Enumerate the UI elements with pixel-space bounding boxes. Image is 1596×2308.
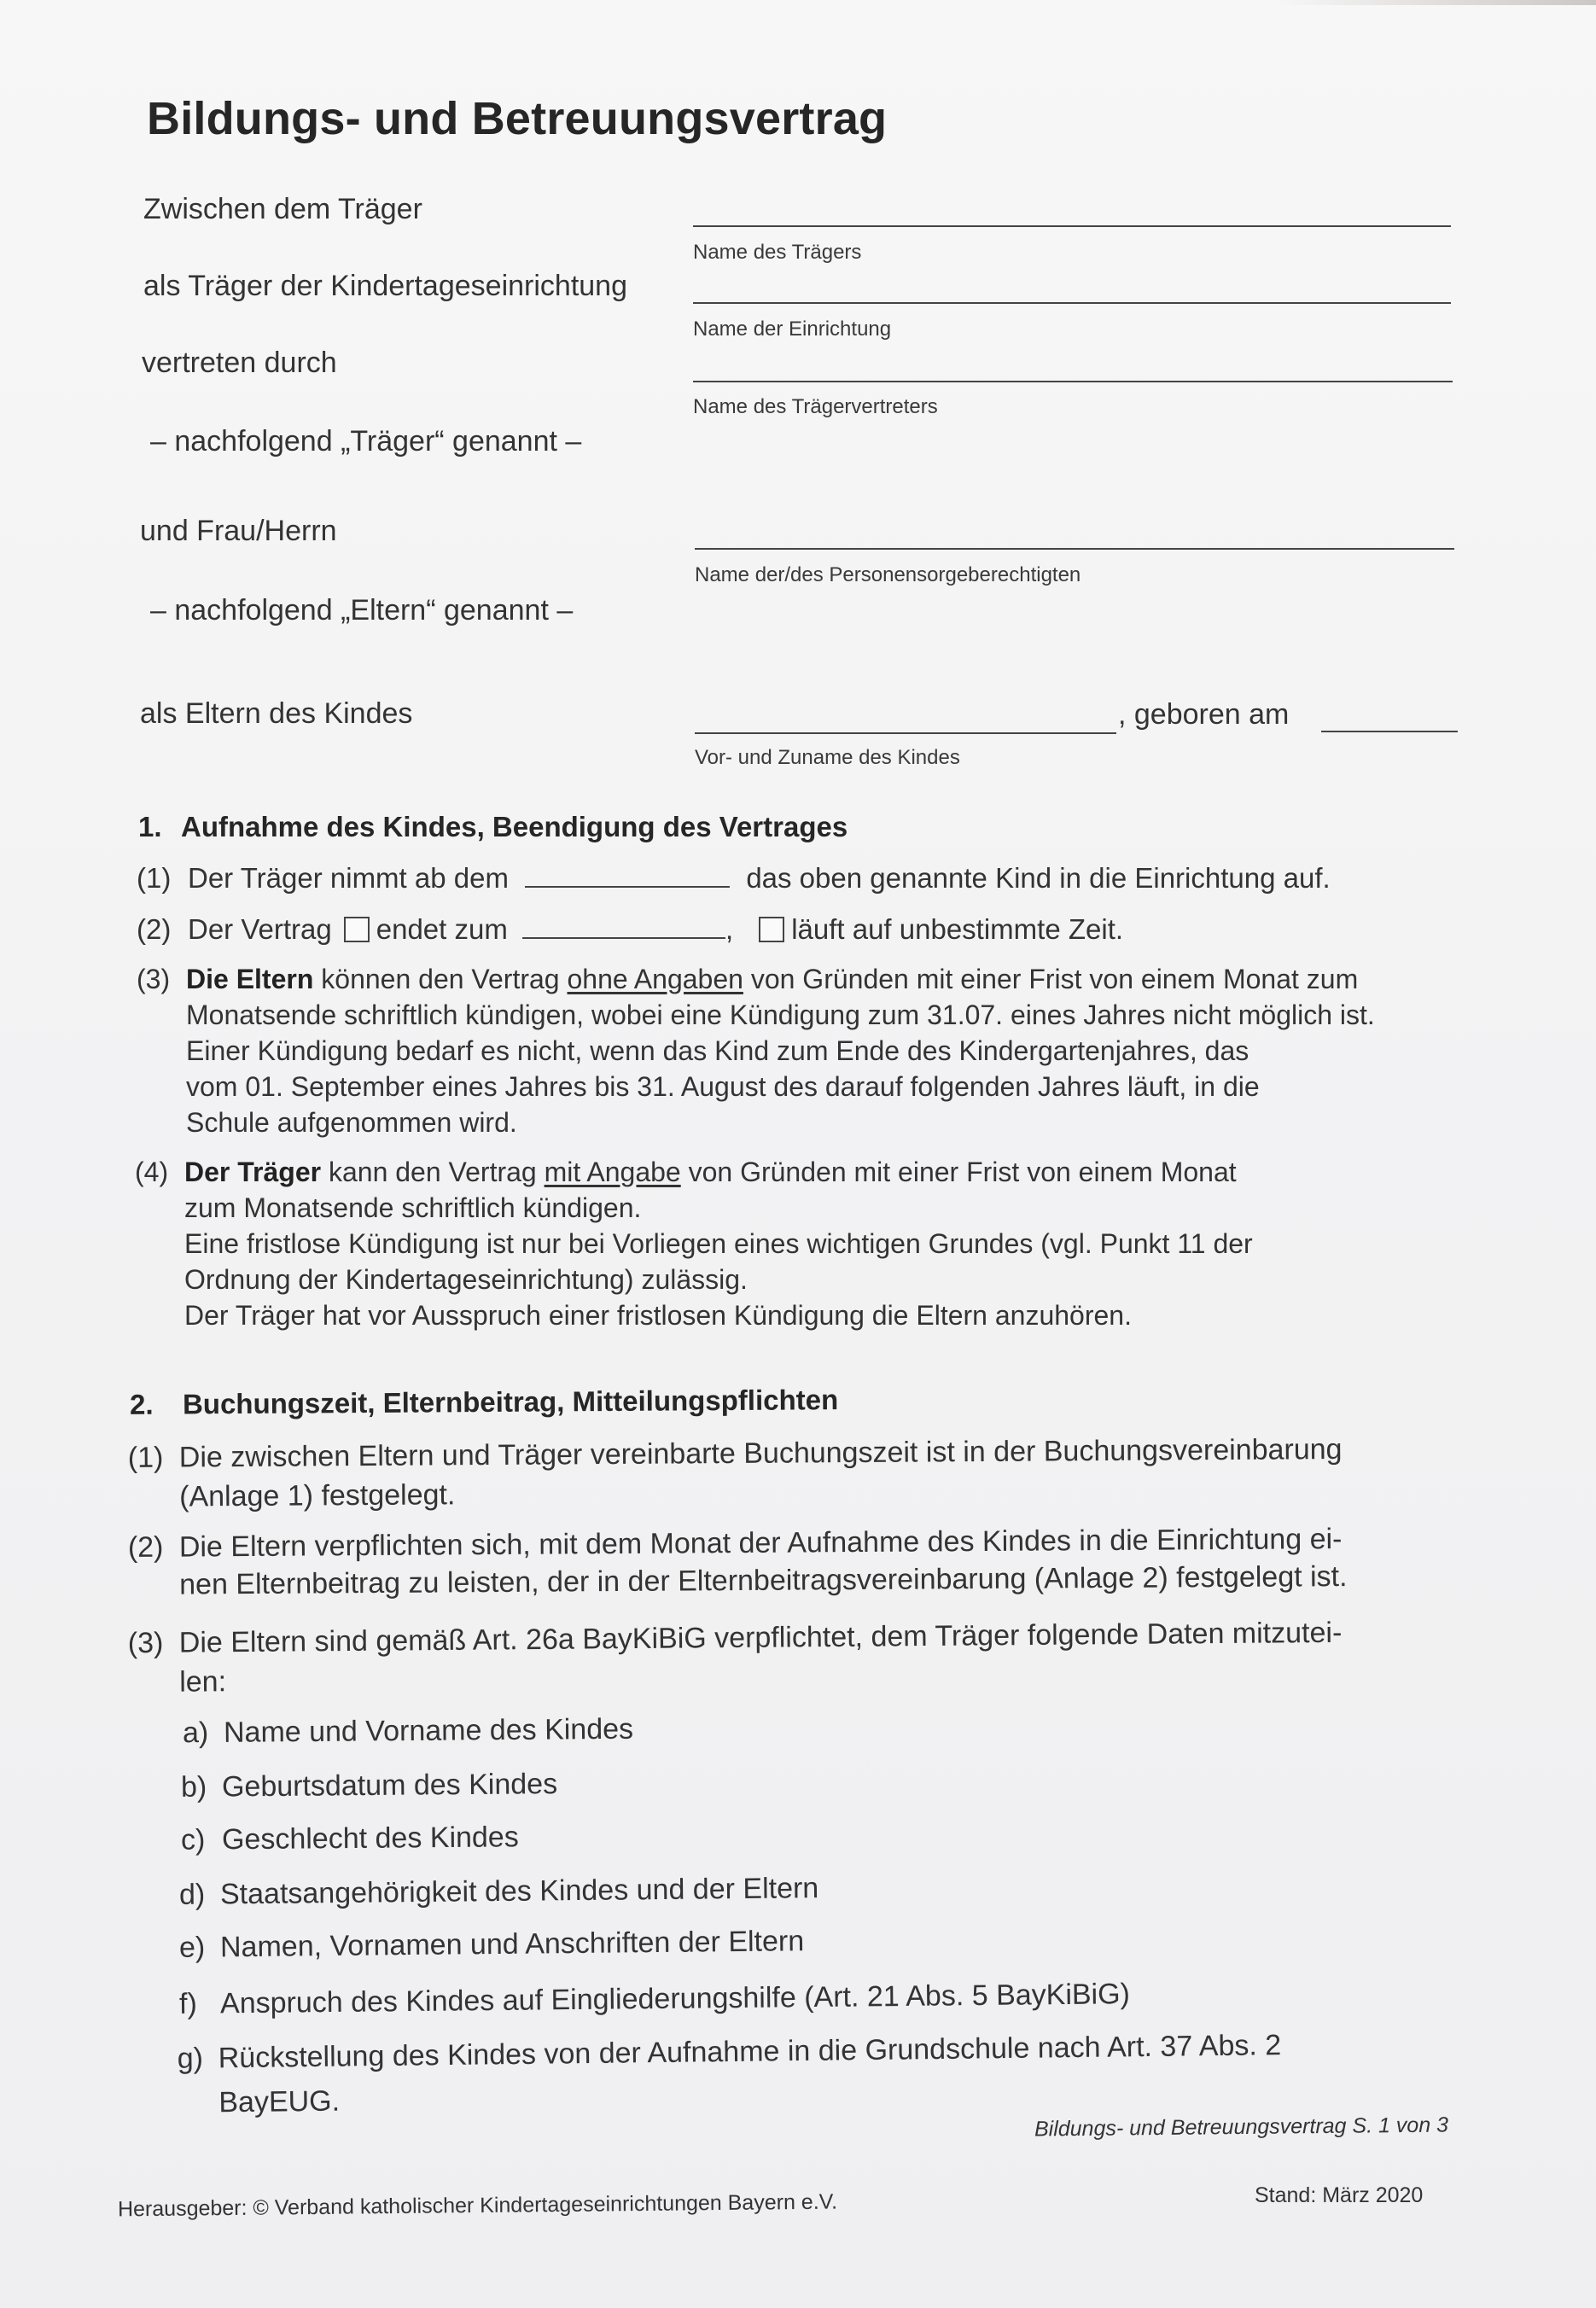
s1-p4-mid: kann den Vertrag (321, 1157, 545, 1187)
vertreter-name-caption: Name des Trägervertreters (693, 395, 938, 419)
list-item-text: Geschlecht des Kindes (222, 1821, 519, 1856)
s2-paragraph-2: (2) Die Eltern verpflichten sich, mit de… (128, 1520, 1348, 1604)
list-item-label: d) (179, 1872, 221, 1916)
einrichtung-name-field[interactable] (693, 302, 1451, 304)
s2-p2-number: (2) (128, 1529, 164, 1566)
s2-paragraph-1: (1) Die zwischen Eltern und Träger verei… (128, 1430, 1343, 1517)
einrichtung-name-caption: Name der Einrichtung (693, 318, 891, 341)
unbefristet-label: läuft auf unbestimmte Zeit. (791, 913, 1123, 945)
eltern-lead: und Frau/Herrn (140, 515, 337, 548)
unbefristet-checkbox[interactable] (759, 917, 784, 942)
s1-paragraph-4: (4) Der Träger kann den Vertrag mit Anga… (135, 1154, 1253, 1333)
list-item-text: Geburtsdatum des Kindes (222, 1768, 557, 1803)
s1-p1-text-before: Der Träger nimmt ab dem (188, 862, 509, 894)
s1-p4-bold: Der Träger (184, 1157, 321, 1187)
s1-p3-line: Einer Kündigung bedarf es nicht, wenn da… (186, 1033, 1375, 1069)
s2-p1-number: (1) (128, 1438, 164, 1477)
list-item-label: c) (181, 1817, 222, 1862)
geburtsdatum-field[interactable] (1321, 731, 1458, 732)
s1-p4-line: Eine fristlose Kündigung ist nur bei Vor… (184, 1226, 1253, 1262)
s1-paragraph-1: (1) Der Träger nimmt ab dem das oben gen… (137, 860, 1331, 896)
s1-p3-number: (3) (137, 961, 170, 997)
geboren-label: , geboren am (1118, 698, 1289, 731)
vertreter-name-field[interactable] (693, 381, 1453, 382)
document-title: Bildungs- und Betreuungsvertrag (147, 92, 887, 145)
s2-p1-line: (Anlage 1) festgelegt. (179, 1469, 1343, 1517)
s1-p1-text-after: das oben genannte Kind in die Einrichtun… (746, 862, 1330, 894)
section-1-number: 1. (138, 811, 181, 843)
section-2-heading: 2.Buchungszeit, Elternbeitrag, Mitteilun… (130, 1384, 838, 1421)
s1-p2-lead: Der Vertrag (188, 913, 332, 945)
kind-name-caption: Vor- und Zuname des Kindes (695, 746, 960, 770)
s1-p4-line: zum Monatsende schriftlich kündigen. (184, 1190, 1253, 1226)
s1-p3-line: Monatsende schriftlich kündigen, wobei e… (186, 997, 1375, 1033)
s1-p3-line: vom 01. September eines Jahres bis 31. A… (186, 1069, 1375, 1104)
zwischen-label: Zwischen dem Träger (143, 193, 422, 226)
list-item: c)Geschlecht des Kindes (181, 1815, 519, 1862)
s1-p1-number: (1) (137, 860, 171, 896)
s1-p4-number: (4) (135, 1154, 168, 1190)
section-1-title: Aufnahme des Kindes, Beendigung des Vert… (181, 811, 848, 842)
list-item-text: Namen, Vornamen und Anschriften der Elte… (220, 1925, 805, 1963)
eltern-alias: – nachfolgend „Eltern“ genannt – (150, 594, 573, 627)
s2-p2-line: nen Elternbeitrag zu leisten, der in der… (179, 1558, 1348, 1604)
vertreten-lead: vertreten durch (142, 347, 337, 380)
list-item-text: Anspruch des Kindes auf Eingliederungshi… (220, 1978, 1130, 2019)
version-date: Stand: März 2020 (1255, 2183, 1423, 2208)
list-item: b)Geburtsdatum des Kindes (181, 1762, 558, 1810)
list-item-text: Rückstellung des Kindes von der Aufnahme… (218, 2029, 1281, 2074)
einrichtung-lead: als Träger der Kindertageseinrichtung (143, 270, 627, 303)
s1-p3-end: von Gründen mit einer Frist von einem Mo… (743, 964, 1358, 994)
kind-name-field[interactable] (695, 732, 1116, 734)
s1-p3-bold: Die Eltern (186, 964, 313, 994)
list-item-label: b) (181, 1765, 222, 1810)
list-item: d)Staatsangehörigkeit des Kindes und der… (179, 1866, 819, 1917)
section-2-number: 2. (130, 1388, 183, 1420)
s1-p4-underlined: mit Angabe (545, 1157, 681, 1187)
paper-top-edge-shadow (0, 0, 1596, 5)
list-item: f)Anspruch des Kindes auf Eingliederungs… (179, 1972, 1130, 2026)
s1-p3-mid: können den Vertrag (313, 964, 567, 994)
traeger-alias: – nachfolgend „Träger“ genannt – (150, 425, 581, 458)
traeger-name-field[interactable] (693, 225, 1451, 227)
eltern-name-caption: Name der/des Personensorgeberechtigten (695, 563, 1081, 587)
end-date-field[interactable] (522, 915, 725, 939)
page-reference: Bildungs- und Betreuungsvertrag S. 1 von… (1034, 2113, 1448, 2142)
list-item: a)Name und Vorname des Kindes (183, 1707, 634, 1756)
s1-p4-end: von Gründen mit einer Frist von einem Mo… (681, 1157, 1237, 1187)
s1-p2-number: (2) (137, 912, 171, 947)
s1-p3-underlined: ohne Angaben (567, 964, 743, 994)
list-item-label: e) (179, 1925, 221, 1969)
aufnahme-date-field[interactable] (525, 864, 730, 888)
list-item: g)Rückstellung des Kindes von der Aufnah… (177, 2023, 1282, 2125)
s1-p4-line: Ordnung der Kindertageseinrichtung) zulä… (184, 1262, 1253, 1297)
list-item: e)Namen, Vornamen und Anschriften der El… (179, 1919, 805, 1970)
list-item-label: a) (183, 1711, 224, 1755)
list-item-text: Staatsangehörigkeit des Kindes und der E… (220, 1872, 819, 1910)
list-item-text: Name und Vorname des Kindes (224, 1713, 633, 1749)
section-1-heading: 1.Aufnahme des Kindes, Beendigung des Ve… (138, 811, 848, 843)
s1-p3-line: Schule aufgenommen wird. (186, 1104, 1375, 1140)
publisher-note: Herausgeber: © Verband katholischer Kind… (118, 2190, 837, 2223)
list-item-label: g) (177, 2036, 218, 2081)
endet-zum-checkbox[interactable] (344, 917, 370, 942)
section-2-title: Buchungszeit, Elternbeitrag, Mitteilungs… (183, 1384, 838, 1419)
list-item-label: f) (179, 1981, 221, 2026)
endet-zum-label: endet zum (376, 913, 508, 945)
s1-paragraph-2: (2) Der Vertragendet zum ,läuft auf unbe… (137, 912, 1123, 947)
s2-p1-line: Die zwischen Eltern und Träger vereinbar… (179, 1430, 1343, 1477)
s2-p3-number: (3) (128, 1623, 164, 1663)
s1-paragraph-3: (3) Die Eltern können den Vertrag ohne A… (137, 961, 1375, 1140)
s1-p4-line: Der Träger hat vor Ausspruch einer frist… (184, 1297, 1253, 1333)
kind-lead: als Eltern des Kindes (140, 697, 412, 731)
traeger-name-caption: Name des Trägers (693, 241, 861, 265)
s1-p2-comma: , (725, 913, 733, 945)
eltern-name-field[interactable] (695, 548, 1454, 550)
s2-paragraph-3: (3) Die Eltern sind gemäß Art. 26a BayKi… (128, 1613, 1343, 1702)
